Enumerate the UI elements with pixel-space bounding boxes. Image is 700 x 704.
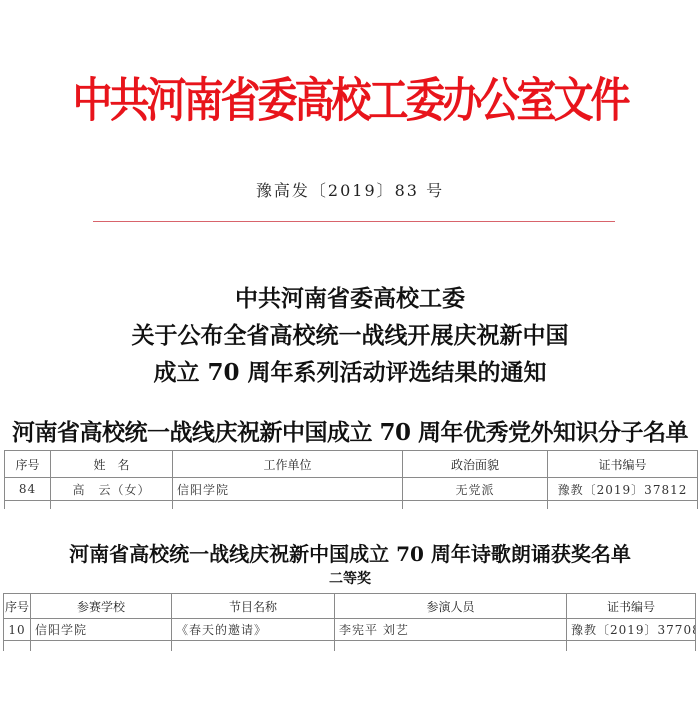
table-row-cutoff bbox=[4, 641, 696, 651]
column-header-no: 序号 bbox=[5, 451, 51, 478]
notice-title: 中共河南省委高校工委 关于公布全省高校统一战线开展庆祝新中国 成立 70 周年系… bbox=[0, 280, 700, 391]
column-header-certificate: 证书编号 bbox=[567, 594, 696, 619]
column-header-program: 节目名称 bbox=[172, 594, 335, 619]
column-header-name: 姓 名 bbox=[51, 451, 173, 478]
document-number: 豫高发〔2019〕83 号 bbox=[0, 178, 700, 201]
column-header-no: 序号 bbox=[4, 594, 31, 619]
notice-title-line-1: 中共河南省委高校工委 bbox=[0, 280, 700, 317]
cell-school: 信阳学院 bbox=[31, 619, 172, 641]
table-row-cutoff bbox=[5, 501, 698, 509]
award-level-heading: 二等奖 bbox=[0, 568, 700, 588]
red-divider-line bbox=[93, 221, 615, 222]
cell-no: 84 bbox=[5, 478, 51, 501]
table-row: 84 高 云（女） 信阳学院 无党派 豫教〔2019〕37812 bbox=[5, 478, 698, 501]
column-header-certificate: 证书编号 bbox=[548, 451, 698, 478]
cell-certificate: 豫教〔2019〕37708 bbox=[567, 619, 696, 641]
notice-title-line-2: 关于公布全省高校统一战线开展庆祝新中国 bbox=[0, 317, 700, 354]
column-header-political-status: 政治面貌 bbox=[403, 451, 548, 478]
list2-title: 河南省高校统一战线庆祝新中国成立 70 周年诗歌朗诵获奖名单 bbox=[0, 538, 700, 567]
cell-political-status: 无党派 bbox=[403, 478, 548, 501]
notice-title-line-3: 成立 70 周年系列活动评选结果的通知 bbox=[0, 354, 700, 391]
cell-program: 《春天的邀请》 bbox=[172, 619, 335, 641]
cell-certificate: 豫教〔2019〕37812 bbox=[548, 478, 698, 501]
document-page: 中共河南省委高校工委办公室文件 豫高发〔2019〕83 号 中共河南省委高校工委… bbox=[0, 0, 700, 704]
cell-performers: 李宪平 刘艺 bbox=[335, 619, 567, 641]
poetry-recitation-awards-table: 序号 参赛学校 节目名称 参演人员 证书编号 10 信阳学院 《春天的邀请》 李… bbox=[3, 593, 696, 651]
column-header-unit: 工作单位 bbox=[173, 451, 403, 478]
column-header-school: 参赛学校 bbox=[31, 594, 172, 619]
table-row: 10 信阳学院 《春天的邀请》 李宪平 刘艺 豫教〔2019〕37708 bbox=[4, 619, 696, 641]
outstanding-intellectuals-table: 序号 姓 名 工作单位 政治面貌 证书编号 84 高 云（女） 信阳学院 无党派… bbox=[4, 450, 698, 509]
column-header-performers: 参演人员 bbox=[335, 594, 567, 619]
list1-title: 河南省高校统一战线庆祝新中国成立 70 周年优秀党外知识分子名单 bbox=[0, 414, 700, 447]
cell-no: 10 bbox=[4, 619, 31, 641]
table-header-row: 序号 参赛学校 节目名称 参演人员 证书编号 bbox=[4, 594, 696, 619]
table-header-row: 序号 姓 名 工作单位 政治面貌 证书编号 bbox=[5, 451, 698, 478]
cell-name: 高 云（女） bbox=[51, 478, 173, 501]
cell-unit: 信阳学院 bbox=[173, 478, 403, 501]
red-letterhead: 中共河南省委高校工委办公室文件 bbox=[0, 72, 700, 131]
